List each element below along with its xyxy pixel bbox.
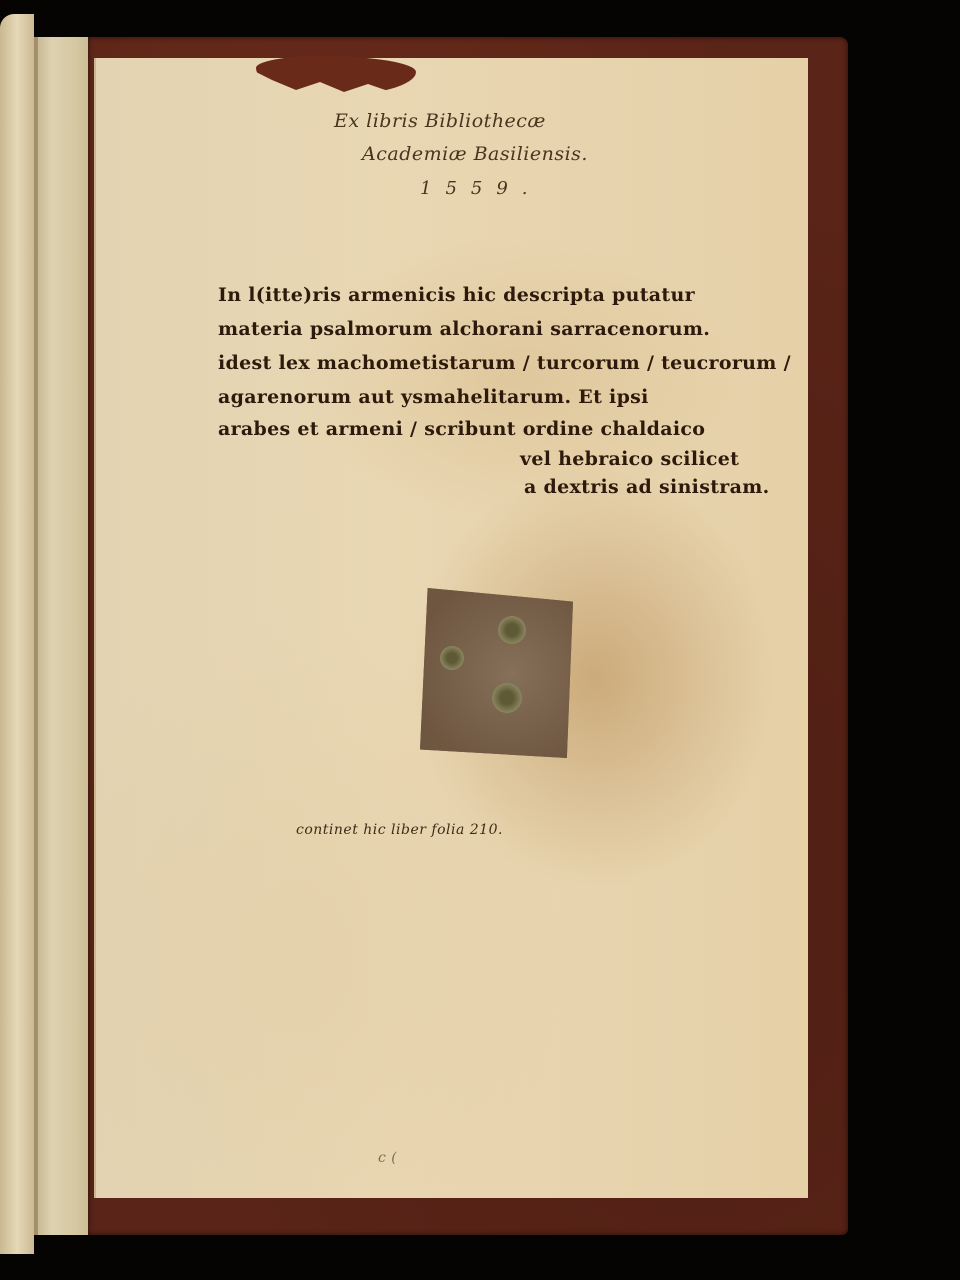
ex-libris-line-1: Ex libris Bibliothecæ xyxy=(334,110,546,132)
note-line-6: vel hebraico scilicet xyxy=(520,448,739,470)
note-line-1: In l(itte)ris armenicis hic descripta pu… xyxy=(218,284,695,306)
note-line-7: a dextris ad sinistram. xyxy=(524,476,770,498)
parchment-patch xyxy=(420,588,573,758)
patch-spot xyxy=(440,646,464,670)
ex-libris-line-2: Academiæ Basiliensis. xyxy=(362,143,588,165)
ex-libris-year: 1559. xyxy=(420,178,542,199)
note-line-5: arabes et armeni / scribunt ordine chald… xyxy=(218,418,705,440)
left-flyleaf xyxy=(0,14,34,1254)
paper-edge xyxy=(94,58,96,1198)
patch-spot xyxy=(498,616,526,644)
spine-guard-strip xyxy=(34,37,94,1235)
patch-spot xyxy=(492,683,522,713)
spine-shadow xyxy=(34,37,38,1235)
note-line-3: idest lex machometistarum / turcorum / t… xyxy=(218,352,791,374)
note-line-2: materia psalmorum alchorani sarracenorum… xyxy=(218,318,710,340)
folio-count-note: continet hic liber folia 210. xyxy=(296,822,503,838)
note-line-4: agarenorum aut ysmahelitarum. Et ipsi xyxy=(218,386,649,408)
bottom-marks: c ( xyxy=(378,1150,397,1166)
